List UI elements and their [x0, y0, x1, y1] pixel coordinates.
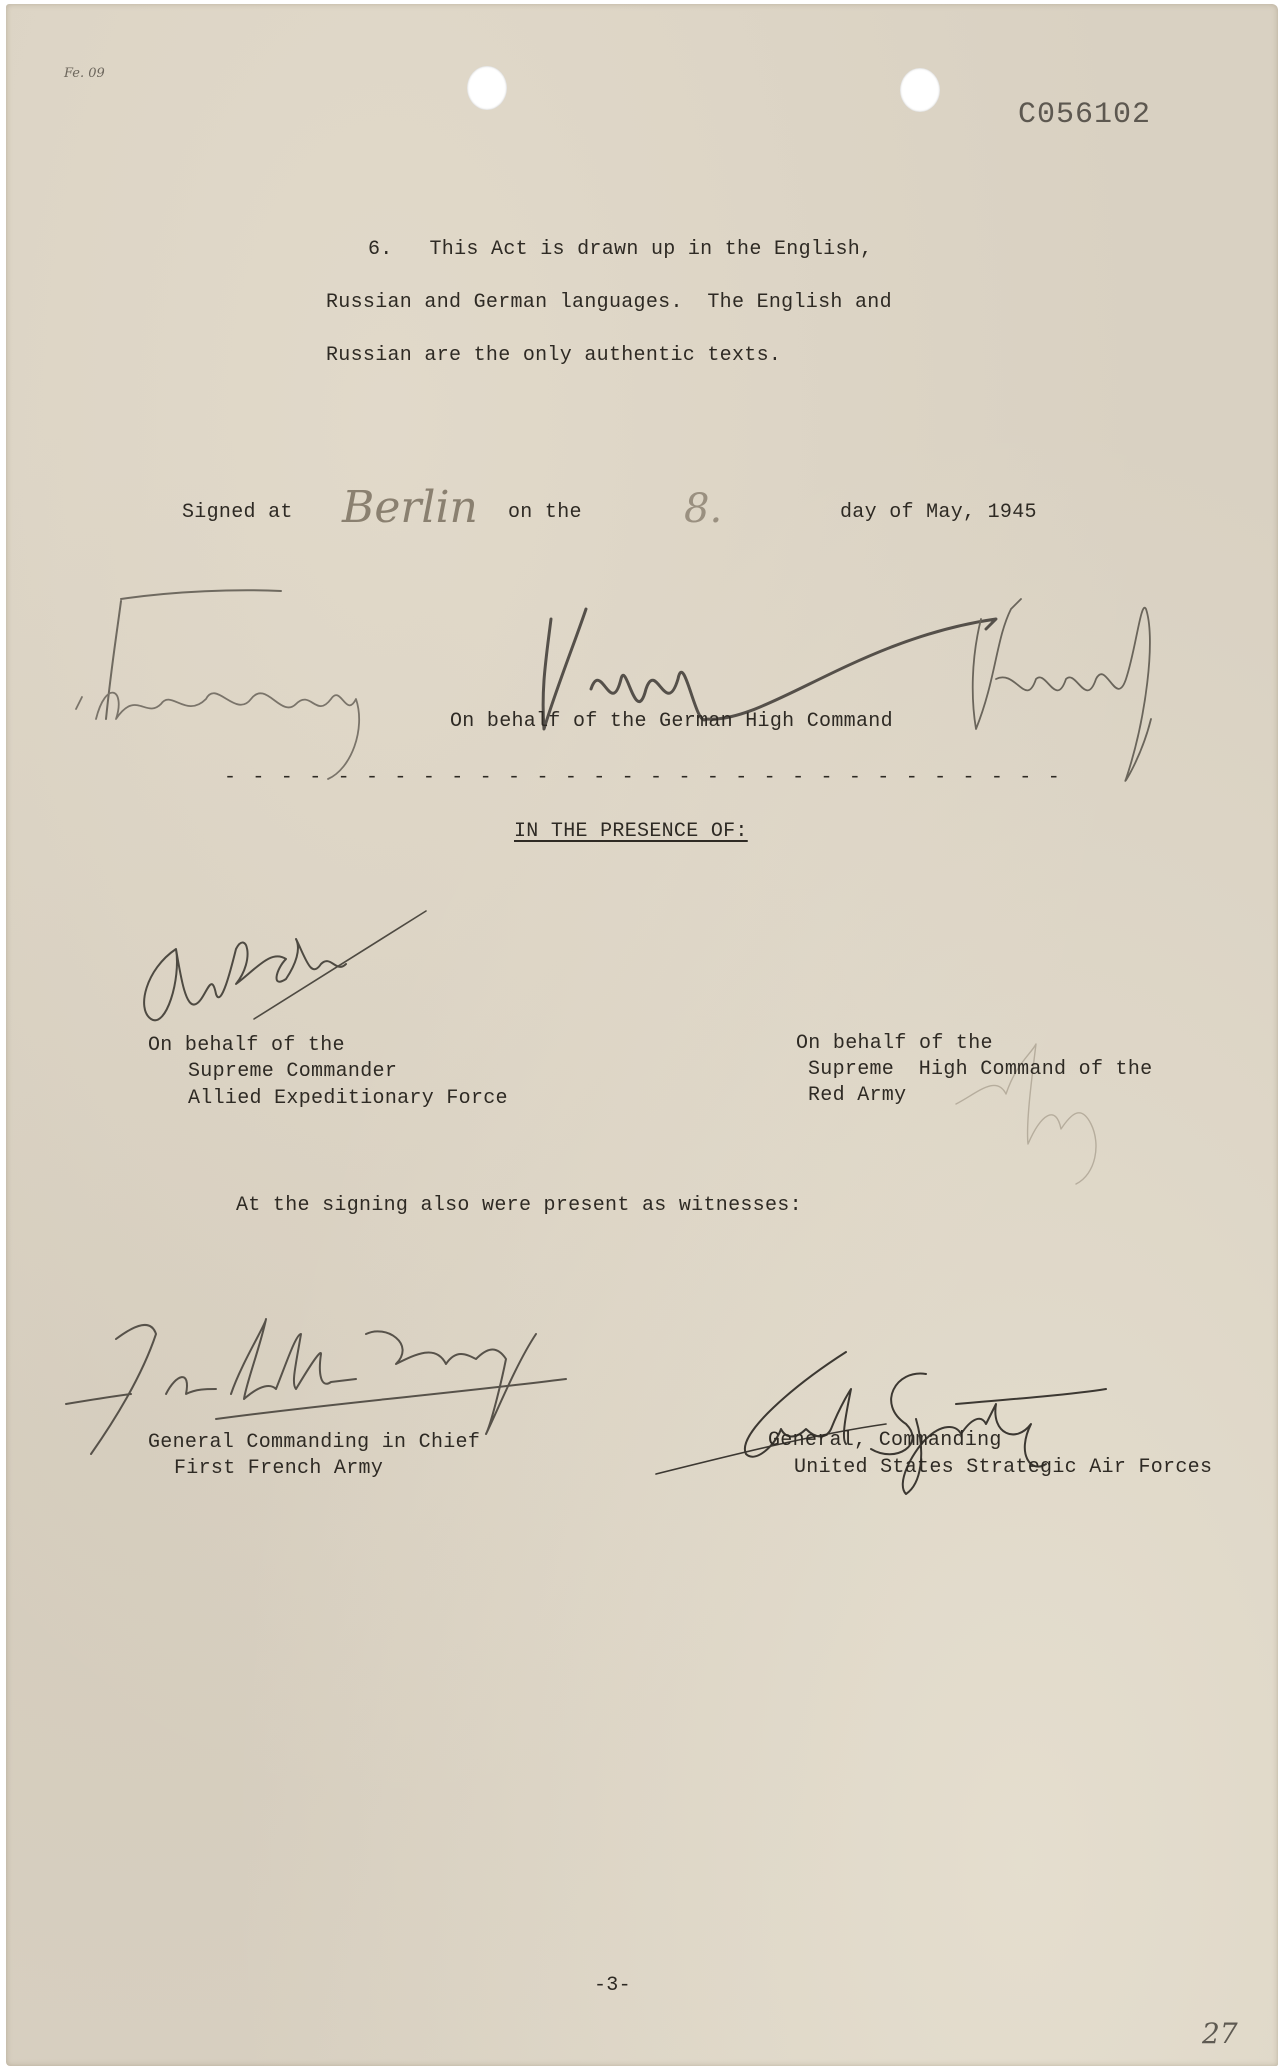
page-number: -3-: [594, 1974, 631, 1997]
handwritten-day: 8.: [684, 486, 722, 532]
witness-right-line: United States Strategic Air Forces: [794, 1456, 1212, 1479]
allied-right-line: Supreme High Command of the: [808, 1058, 1152, 1081]
corner-pencil-note: Fe. 09: [64, 66, 105, 81]
handwritten-place: Berlin: [342, 482, 478, 533]
allied-right-line: On behalf of the: [796, 1032, 993, 1055]
allied-left-line: On behalf of the: [148, 1034, 345, 1057]
allied-left-line: Allied Expeditionary Force: [188, 1087, 508, 1110]
witness-right-line: General, Commanding: [768, 1429, 1002, 1452]
dashed-separator: - - - - - - - - - - - - - - - - - - - - …: [224, 766, 1062, 789]
paragraph-line: 6. This Act is drawn up in the English,: [368, 238, 872, 261]
archive-stamp-number: C056102: [1018, 98, 1151, 132]
paragraph-line: Russian and German languages. The Englis…: [326, 291, 892, 314]
paragraph-line: Russian are the only authentic texts.: [326, 344, 781, 367]
signed-at-middle: on the: [508, 501, 582, 524]
allied-left-line: Supreme Commander: [188, 1060, 397, 1083]
document-page: Fe. 09 C056102 6. This Act is drawn up i…: [6, 4, 1278, 2066]
punch-hole-left: [467, 66, 507, 110]
witness-left-line: First French Army: [174, 1457, 383, 1480]
witness-left-line: General Commanding in Chief: [148, 1431, 480, 1454]
witness-intro: At the signing also were present as witn…: [236, 1194, 802, 1217]
punch-hole-right: [900, 68, 940, 112]
signed-at-suffix: day of May, 1945: [840, 501, 1037, 524]
allied-right-line: Red Army: [808, 1084, 906, 1107]
spaatz-signature-drawing: [656, 1344, 1126, 1504]
german-signatures-drawing: [66, 579, 1246, 789]
german-high-command-caption: On behalf of the German High Command: [450, 710, 893, 733]
signed-at-prefix: Signed at: [182, 501, 293, 524]
presence-heading: IN THE PRESENCE OF:: [514, 820, 748, 843]
folio-number: 27: [1202, 2017, 1238, 2050]
